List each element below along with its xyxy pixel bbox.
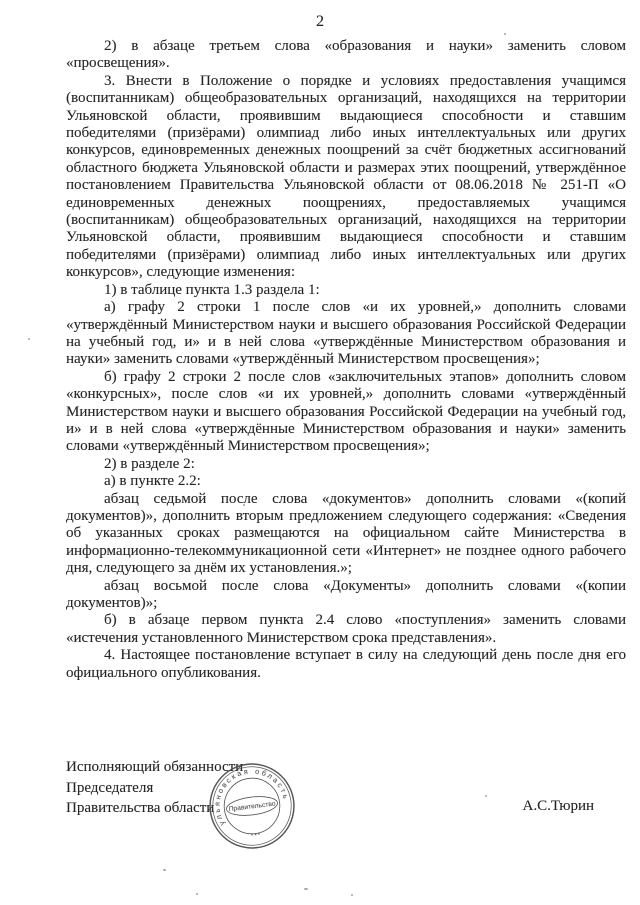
document-body: 2) в абзаце третьем слова «образования и… [66, 38, 626, 682]
stamp-bottom-marks: * * * [250, 832, 262, 840]
stamp-ring-text: ульяновская область [208, 762, 293, 828]
document-page: 2 2) в абзаце третьем слова «образования… [0, 0, 640, 905]
paragraph: 1) в таблице пункта 1.3 раздела 1: [66, 282, 626, 299]
scan-speck [196, 893, 198, 895]
scan-speck [28, 338, 30, 340]
signatory-name: А.С.Тюрин [522, 798, 594, 815]
scan-speck [243, 504, 245, 506]
paragraph: б) в абзаце первом пункта 2.4 слово «пос… [66, 612, 626, 647]
scan-speck [485, 795, 487, 797]
paragraph: 2) в разделе 2: [66, 456, 626, 473]
scan-speck [504, 33, 506, 35]
paragraph: абзац седьмой после слова «документов» д… [66, 491, 626, 578]
page-number: 2 [0, 0, 640, 31]
scan-speck [304, 888, 308, 890]
paragraph: абзац восьмой после слова «Документы» до… [66, 578, 626, 613]
paragraph: 2) в абзаце третьем слова «образования и… [66, 38, 626, 73]
scan-speck [351, 894, 353, 896]
paragraph: а) в пункте 2.2: [66, 473, 626, 490]
paragraph: 3. Внести в Положение о порядке и услови… [66, 73, 626, 282]
official-seal-stamp: ульяновская область * * * Правительство [204, 758, 300, 854]
paragraph: а) графу 2 строки 1 после слов «и их уро… [66, 299, 626, 369]
paragraph: 4. Настоящее постановление вступает в си… [66, 647, 626, 682]
paragraph: б) графу 2 строки 2 после слов «заключит… [66, 369, 626, 456]
scan-speck [163, 869, 166, 871]
